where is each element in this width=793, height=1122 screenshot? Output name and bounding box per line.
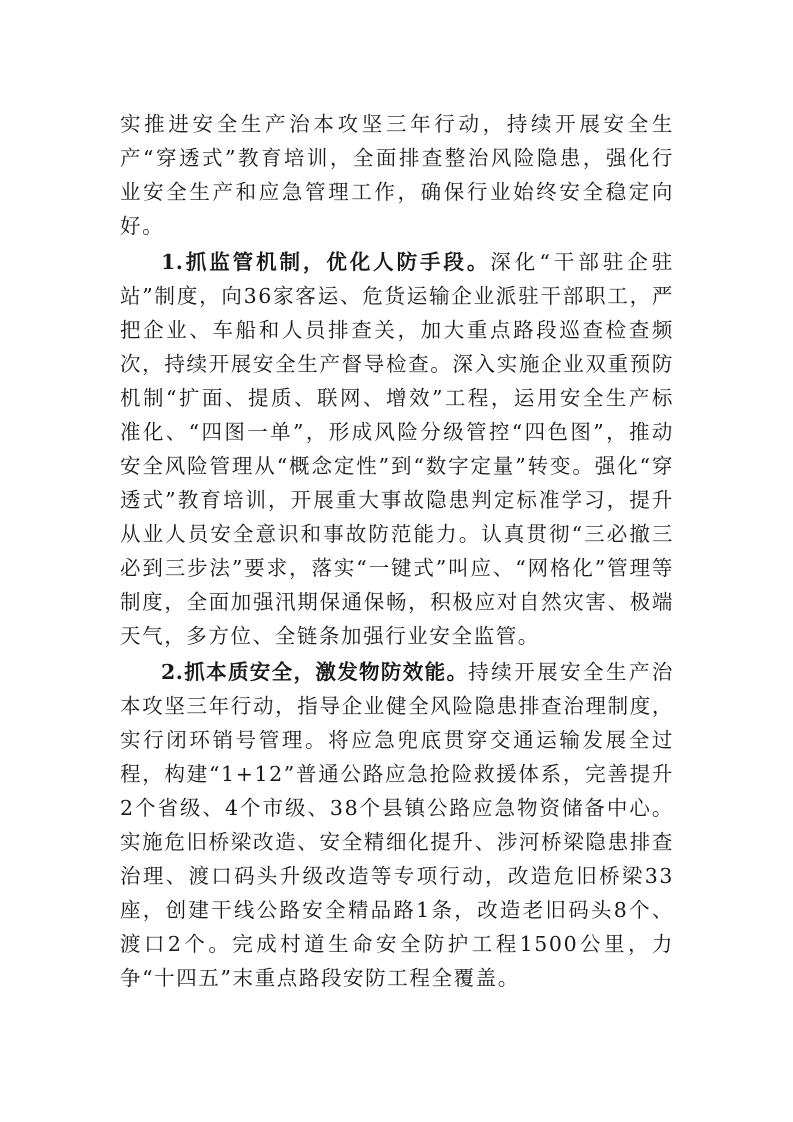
- paragraph-intrinsic-safety: 2.抓本质安全，激发物防效能。持续开展安全生产治本攻坚三年行动，指导企业健全风险…: [120, 655, 674, 995]
- document-page: 实推进安全生产治本攻坚三年行动，持续开展安全生产“穿透式”教育培训，全面排查整治…: [120, 107, 674, 997]
- paragraph-text: 深化“干部驻企驻站”制度，向36家客运、危货运输企业派驻干部职工，严把企业、车船…: [120, 250, 674, 648]
- paragraph-text: 持续开展安全生产治本攻坚三年行动，指导企业健全风险隐患排查治理制度，实行闭环销号…: [120, 660, 674, 990]
- section-heading: 2.抓本质安全，激发物防效能。: [161, 660, 468, 684]
- paragraph-intro-continuation: 实推进安全生产治本攻坚三年行动，持续开展安全生产“穿透式”教育培训，全面排查整治…: [120, 107, 674, 243]
- section-heading: 1.抓监管机制，优化人防手段。: [161, 250, 490, 274]
- paragraph-text: 实推进安全生产治本攻坚三年行动，持续开展安全生产“穿透式”教育培训，全面排查整治…: [120, 112, 674, 238]
- paragraph-supervision-mechanism: 1.抓监管机制，优化人防手段。深化“干部驻企驻站”制度，向36家客运、危货运输企…: [120, 245, 674, 653]
